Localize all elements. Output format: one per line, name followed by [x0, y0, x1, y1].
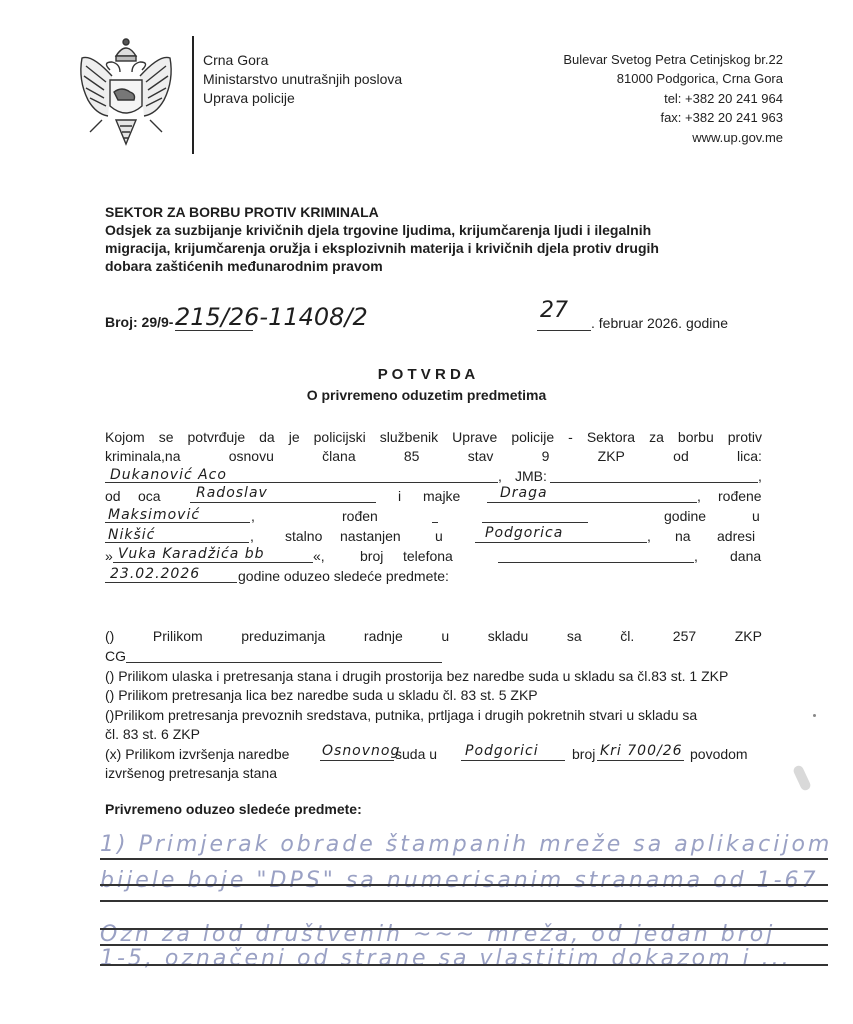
label-majke: majke: [423, 487, 460, 505]
case-number-underline: [597, 760, 684, 761]
word: stav: [468, 447, 494, 465]
option-1-underline: [126, 662, 442, 663]
sector-title: SEKTOR ZA BORBU PROTIV KRIMINALA: [105, 203, 765, 221]
word: sa: [567, 627, 582, 645]
word: za: [649, 428, 664, 446]
label-suda-u: suda u: [395, 745, 437, 763]
option-4[interactable]: ()Prilikom pretresanja prevoznih sredsta…: [105, 706, 697, 724]
word: potvrđuje: [188, 428, 246, 446]
word: Prilikom: [153, 627, 203, 645]
scan-smudge: [792, 764, 812, 792]
word: kriminala,na: [105, 447, 180, 465]
birthdate-dash: [432, 522, 438, 523]
date-day-handwritten: 27: [540, 302, 568, 320]
seized-items-heading: Privremeno oduzeo sledeće predmete:: [105, 800, 362, 818]
word: službenik: [380, 428, 438, 446]
scan-dot: [813, 714, 816, 717]
department-line-3: dobara zaštićenih međunarodnim pravom: [105, 257, 765, 275]
word: Kojom: [105, 428, 145, 446]
label-telefona: telefona: [403, 547, 453, 565]
father-name-field[interactable]: Radoslav: [196, 484, 268, 502]
word: borbu: [678, 428, 714, 446]
label-rodjene: rođene: [718, 487, 762, 505]
label-povodom: povodom: [690, 745, 748, 763]
ruled-line: [100, 858, 828, 860]
reference-underline: [175, 330, 253, 331]
option-4-cont: čl. 83 st. 6 ZKP: [105, 725, 200, 743]
quote-close: «,: [313, 547, 325, 565]
word: 257: [673, 627, 696, 645]
word: protiv: [728, 428, 762, 446]
address-city: 81000 Podgorica, Crna Gora: [617, 69, 783, 89]
comma: ,: [694, 547, 698, 565]
word: policijski: [314, 428, 366, 446]
reference-number-handwritten: 215/26-11408/2: [175, 303, 368, 331]
seizure-sentence: godine oduzeo sledeće predmete:: [238, 567, 449, 585]
word: čl.: [620, 627, 634, 645]
word: da: [259, 428, 275, 446]
label-godine: godine: [664, 507, 706, 525]
word: preduzimanja: [241, 627, 325, 645]
comma: ,: [697, 487, 701, 505]
name-underline: [105, 482, 498, 483]
word: ZKP: [598, 447, 625, 465]
residence-underline: [475, 542, 647, 543]
seized-item-line-1[interactable]: 1) Primjerak obrade štampanih mreže sa a…: [100, 832, 830, 857]
header-divider: [192, 36, 194, 154]
word: Uprave: [452, 428, 497, 446]
comma: ,: [647, 527, 651, 545]
coat-of-arms-icon: [72, 36, 180, 154]
address-phone: tel: +382 20 241 964: [664, 89, 783, 109]
birthdate-field[interactable]: [482, 522, 588, 523]
father-underline: [190, 502, 376, 503]
word: (): [105, 627, 114, 645]
address-fax: fax: +382 20 241 963: [660, 108, 783, 128]
department-line-2: migracija, krijumčarenja oružja i eksplo…: [105, 239, 765, 257]
word: člana: [322, 447, 355, 465]
jmb-field[interactable]: [550, 482, 758, 483]
option-5-cont: izvršenog pretresanja stana: [105, 764, 277, 782]
quote-open: »: [105, 547, 113, 565]
label-broj: broj: [360, 547, 383, 565]
label-u: u: [435, 527, 443, 545]
institution-ministry: Ministarstvo unutrašnjih poslova: [203, 70, 402, 89]
word: 9: [542, 447, 550, 465]
ruled-line: [100, 884, 828, 886]
option-1-line[interactable]: ()Prilikompreduzimanjaradnjeuskladusačl.…: [105, 627, 762, 645]
word: skladu: [488, 627, 528, 645]
word: 85: [404, 447, 420, 465]
ruled-line: [100, 928, 828, 930]
label-broj: broj: [572, 745, 595, 763]
label-od: od: [105, 487, 121, 505]
maiden-underline: [105, 522, 250, 523]
address-street: Bulevar Svetog Petra Cetinjskog br.22: [563, 50, 783, 70]
phone-field[interactable]: [498, 562, 694, 563]
jmb-label: JMB:: [515, 467, 547, 485]
seized-item-line-2[interactable]: bijele boje "DPS" sa numerisanim stranam…: [100, 868, 830, 893]
comma: ,: [758, 467, 762, 485]
label-adresi: adresi: [717, 527, 755, 545]
option-1-cg: CG: [105, 647, 126, 665]
date-suffix: . februar 2026. godine: [591, 314, 728, 332]
label-stalno: stalno: [285, 527, 322, 545]
option-3[interactable]: () Prilikom pretresanja lica bez naredbe…: [105, 686, 538, 704]
reference-label: Broj: 29/9-: [105, 313, 173, 331]
word: Sektora: [587, 428, 635, 446]
label-na: na: [675, 527, 691, 545]
mother-name-field[interactable]: Draga: [500, 484, 548, 502]
date-day-underline: [537, 330, 591, 331]
address-underline: [113, 562, 313, 563]
label-dana: dana: [730, 547, 761, 565]
address-website[interactable]: www.up.gov.me: [692, 128, 783, 148]
mother-underline: [487, 502, 697, 503]
label-oca: oca: [138, 487, 161, 505]
seized-item-line-4[interactable]: 1-5, označeni od strane sa vlastitim dok…: [100, 946, 830, 971]
body-line-1: KojomsepotvrđujedajepolicijskislužbenikU…: [105, 428, 762, 446]
word: -: [568, 428, 573, 446]
residence-field[interactable]: Podgorica: [485, 524, 563, 542]
word: ZKP: [735, 627, 762, 645]
city-underline: [461, 760, 565, 761]
comma: ,: [250, 527, 254, 545]
document-title: P O T V R D A: [0, 366, 853, 384]
birth-place-underline: [105, 542, 249, 543]
institution-country: Crna Gora: [203, 51, 268, 70]
comma: ,: [498, 467, 502, 485]
option-5-checked[interactable]: (x) Prilikom izvršenja naredbe: [105, 745, 289, 763]
label-rodjen: rođen: [342, 507, 378, 525]
body-line-2: kriminala,naosnovučlana85stav9ZKPodlica:: [105, 447, 762, 465]
ruled-line: [100, 964, 828, 966]
word: u: [441, 627, 449, 645]
label-nastanjen: nastanjen: [340, 527, 401, 545]
word: od: [673, 447, 689, 465]
option-2[interactable]: () Prilikom ulaska i pretresanja stana i…: [105, 667, 728, 685]
label-i: i: [398, 487, 401, 505]
comma: ,: [251, 507, 255, 525]
case-number-field[interactable]: Kri 700/26: [600, 742, 683, 760]
court-field[interactable]: Osnovnog: [322, 742, 400, 760]
court-underline: [320, 760, 394, 761]
word: policije: [511, 428, 554, 446]
document-subtitle: O privremeno oduzetim predmetima: [0, 386, 853, 404]
department-line-1: Odsjek za suzbijanje krivičnih djela trg…: [105, 221, 765, 239]
city-field[interactable]: Podgorici: [465, 742, 539, 760]
institution-police: Uprava policije: [203, 89, 295, 108]
label-u: u: [752, 507, 760, 525]
ruled-line: [100, 900, 828, 902]
seizure-date-field[interactable]: 23.02.2026: [110, 565, 200, 583]
word: se: [159, 428, 174, 446]
address-field[interactable]: Vuka Karadžića bb: [118, 545, 265, 563]
word: je: [289, 428, 300, 446]
word: osnovu: [229, 447, 274, 465]
word: lica:: [737, 447, 762, 465]
seizure-date-underline: [105, 582, 237, 583]
word: radnje: [364, 627, 403, 645]
